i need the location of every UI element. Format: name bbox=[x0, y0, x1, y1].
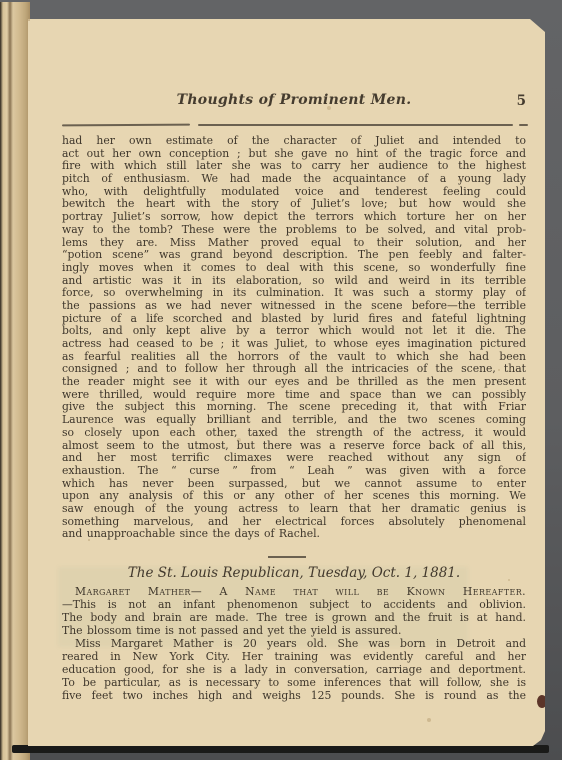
text-line: which has never been surpassed, but we c… bbox=[62, 478, 526, 491]
text-line: had her own estimate of the character of… bbox=[62, 135, 526, 148]
header-rule-right bbox=[198, 124, 513, 126]
text-line: act out her own conception ; but she gav… bbox=[62, 148, 526, 161]
paper-texture bbox=[28, 19, 30, 21]
text-line: saw enough of the young actress to learn… bbox=[62, 503, 526, 516]
text-line: consigned ; and to follow her through al… bbox=[62, 363, 526, 376]
header-rule-dash bbox=[519, 124, 528, 126]
text-line: almost seem to the utmost, but there was… bbox=[62, 440, 526, 453]
text-line: The blossom time is not passed and yet t… bbox=[62, 625, 526, 638]
text-line: lems they are. Miss Mather proved equal … bbox=[62, 237, 526, 250]
text-line: —This is not an infant phenomenon subjec… bbox=[62, 599, 526, 612]
text-line: upon any analysis of this or any other o… bbox=[62, 490, 526, 503]
text-line: Laurence was equally brilliant and terri… bbox=[62, 414, 526, 427]
text-line: actress had ceased to be ; it was Juliet… bbox=[62, 338, 526, 351]
section-heading: The St. Louis Republican, Tuesday, Oct. … bbox=[62, 565, 526, 581]
header-rule-left bbox=[62, 124, 190, 127]
page-stain bbox=[537, 695, 547, 708]
article-continuation: had her own estimate of the character of… bbox=[62, 135, 526, 541]
text-line: The body and brain are made. The tree is… bbox=[62, 612, 526, 625]
text-line: pitch of enthusiasm. We had made the acq… bbox=[62, 173, 526, 186]
scan-background: { "page": { "running_header": "Thoughts … bbox=[0, 0, 562, 760]
text-line: ingly moves when it comes to deal with t… bbox=[62, 262, 526, 275]
text-line: way to the tomb? These were the problems… bbox=[62, 224, 526, 237]
text-line: who, with delightfully modulated voice a… bbox=[62, 186, 526, 199]
text-line: bolts, and only kept alive by a terror w… bbox=[62, 325, 526, 338]
text-line: something marvelous, and her electrical … bbox=[62, 516, 526, 529]
page-bottom-shadow bbox=[12, 745, 549, 753]
text-line: and unapproachable since the days of Rac… bbox=[62, 528, 526, 541]
details-paragraph: Miss Margaret Mather is 20 years old. Sh… bbox=[62, 638, 526, 702]
page-number: 5 bbox=[517, 93, 526, 109]
text-line: fire with which still later she was to c… bbox=[62, 160, 526, 173]
text-line: “potion scene” was grand beyond descript… bbox=[62, 249, 526, 262]
text-line: give the subject this morning. The scene… bbox=[62, 401, 526, 414]
book-spine-edge bbox=[0, 2, 30, 760]
book-page: Thoughts of Prominent Men. 5 had her own… bbox=[28, 19, 545, 746]
text-line: were thrilled, would require more time a… bbox=[62, 389, 526, 402]
text-line: portray Juliet’s sorrow, how depict the … bbox=[62, 211, 526, 224]
text-line: five feet two inches high and weighs 125… bbox=[62, 690, 526, 703]
text-line: picture of a life scorched and blasted b… bbox=[62, 313, 526, 326]
text-line: education good, for she is a lady in con… bbox=[62, 664, 526, 677]
text-line: To be particular, as is necessary to som… bbox=[62, 677, 526, 690]
text-line: Miss Margaret Mather is 20 years old. Sh… bbox=[62, 638, 526, 651]
text-line: exhaustion. The “ curse ” from “ Leah ” … bbox=[62, 465, 526, 478]
text-line: the reader might see it with our eyes an… bbox=[62, 376, 526, 389]
text-line: reared in New York City. Her training wa… bbox=[62, 651, 526, 664]
text-line: Margaret Mather— A Name that will be Kno… bbox=[62, 586, 526, 599]
text-line: force, so overwhelming in its culminatio… bbox=[62, 287, 526, 300]
text-line: and artistic was it in its elaboration, … bbox=[62, 275, 526, 288]
text-line: bewitch the heart with the story of Juli… bbox=[62, 198, 526, 211]
text-line: the passions as we had never witnessed i… bbox=[62, 300, 526, 313]
section-separator bbox=[268, 556, 306, 558]
text-line: and her most terrific climaxes were reac… bbox=[62, 452, 526, 465]
margaret-paragraph: Margaret Mather— A Name that will be Kno… bbox=[62, 586, 526, 638]
running-header: Thoughts of Prominent Men. bbox=[62, 92, 526, 108]
text-line: as fearful realities all the horrors of … bbox=[62, 351, 526, 364]
text-line: so closely upon each other, taxed the st… bbox=[62, 427, 526, 440]
